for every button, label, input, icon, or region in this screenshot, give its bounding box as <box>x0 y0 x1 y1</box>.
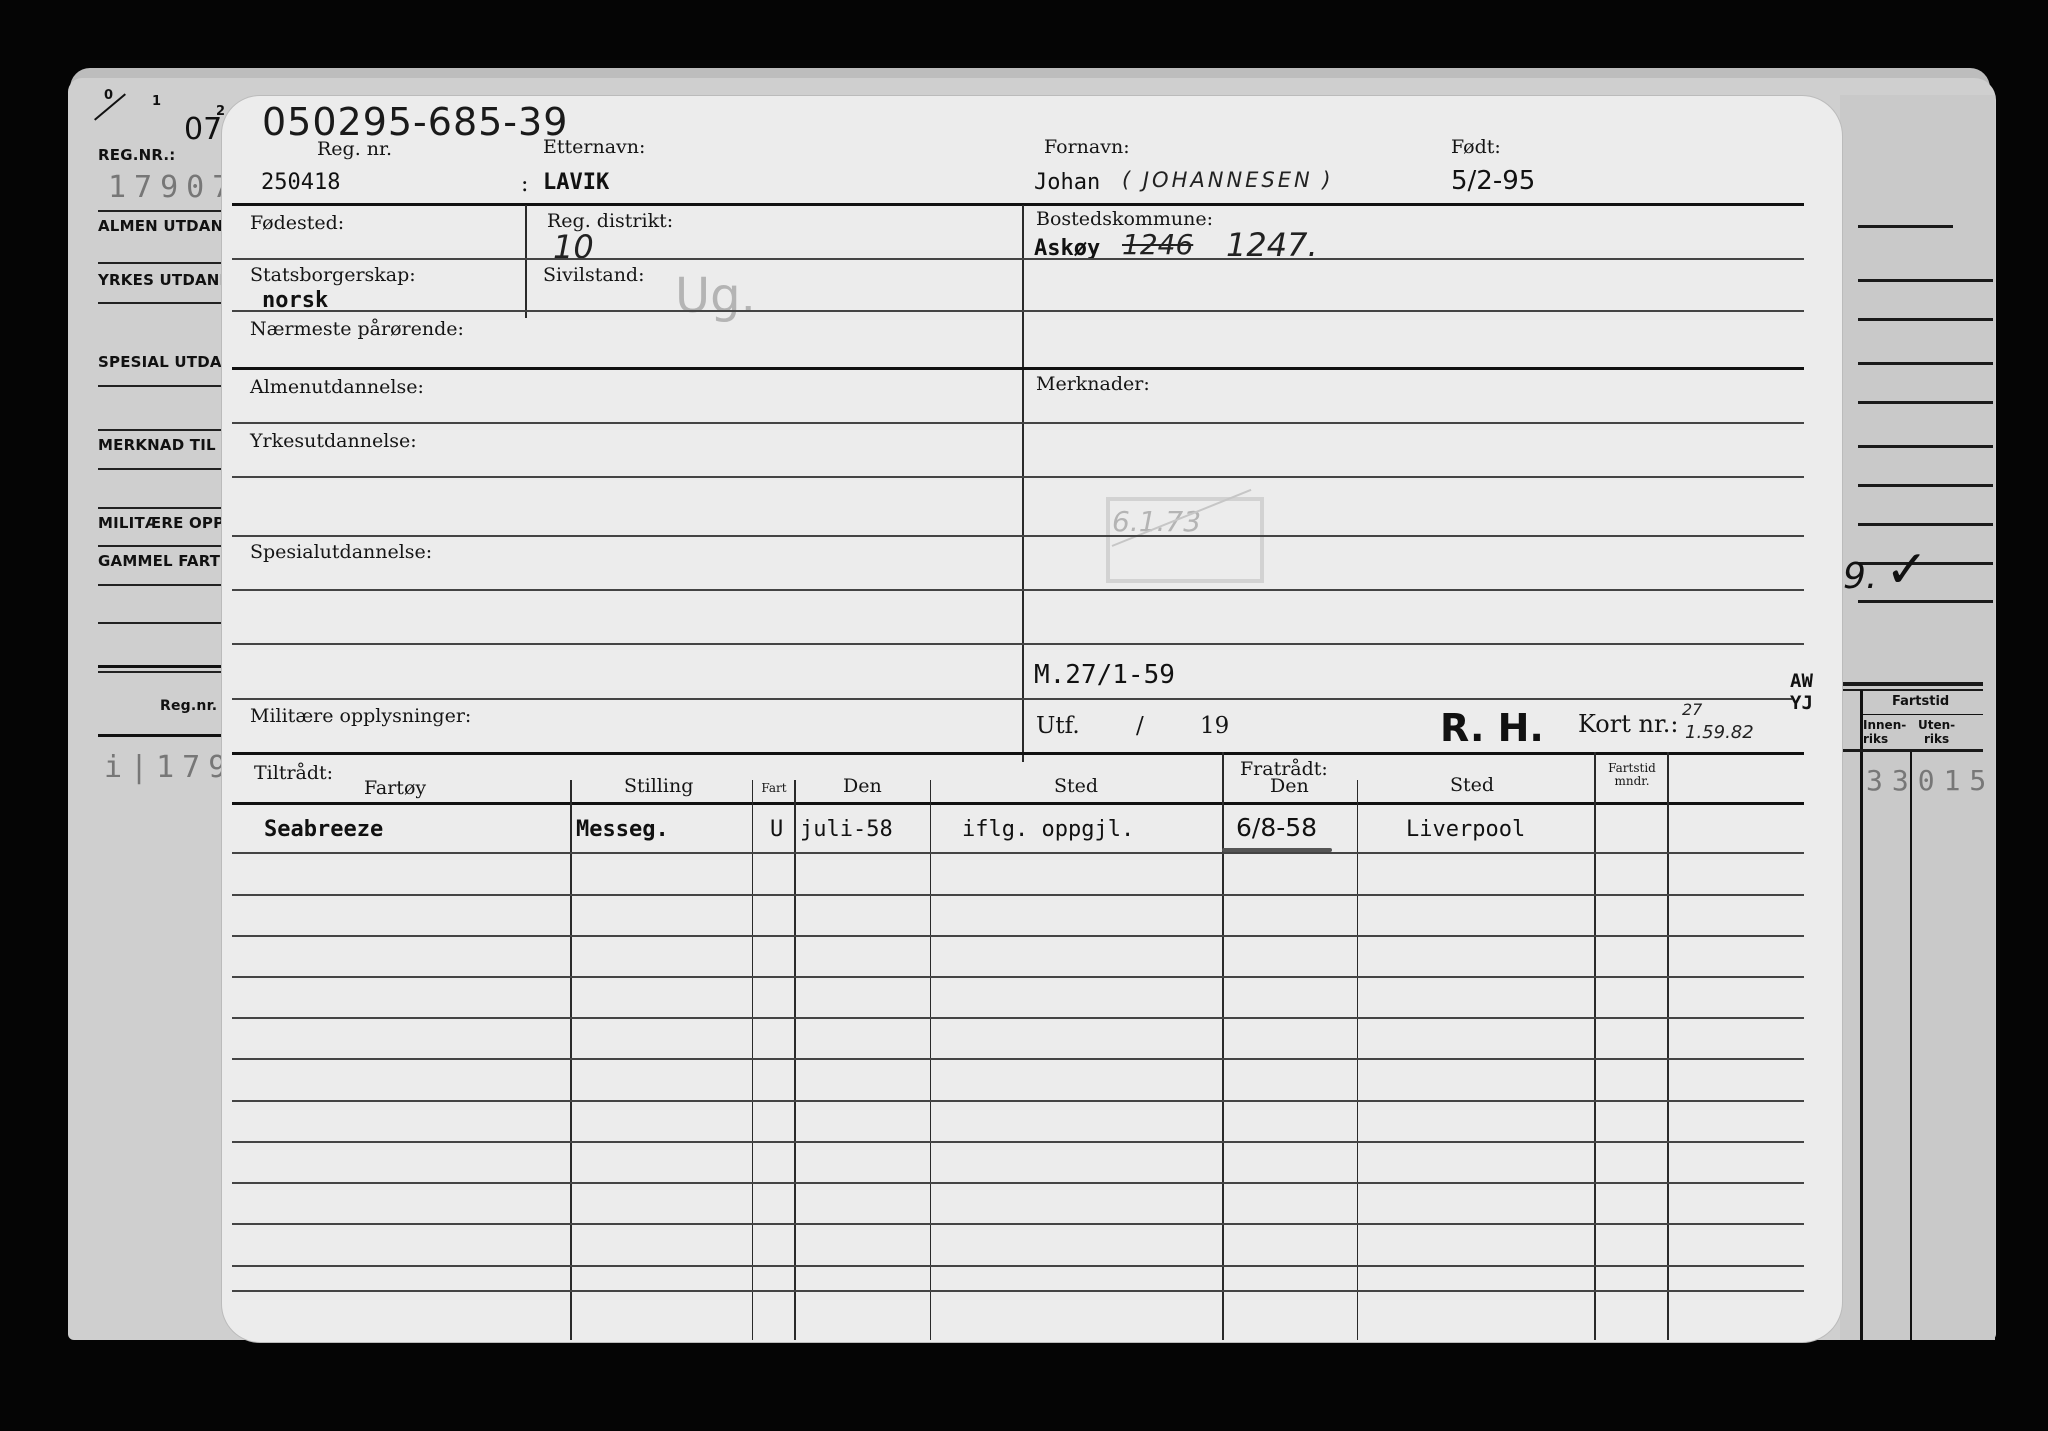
table-row-rule <box>232 1017 1804 1019</box>
table-col-divider <box>794 780 796 1340</box>
label-militaere-opplysninger: Militære opplysninger: <box>250 705 471 727</box>
back-label-gammel-farts: GAMMEL FARTS <box>98 552 231 570</box>
merknader-stamp-text: 6.1.73 <box>1112 505 1201 538</box>
table-col-divider <box>570 780 572 1340</box>
fartstid-col-utenriks: Uten- riks <box>1918 718 1955 746</box>
rule <box>232 310 1804 312</box>
th-fratradt-sted: Sted <box>1450 774 1494 796</box>
utf-slash: / <box>1136 713 1144 739</box>
back-rule <box>98 545 222 547</box>
check-mark-icon: ✓ <box>1885 540 1929 600</box>
back-stamped-reg-number-top: 17907 <box>108 170 238 205</box>
table-row: Seabreeze Messeg. U juli-58 iflg. oppgjl… <box>232 804 1804 848</box>
back-right-rule <box>1858 445 1993 448</box>
table-row-rule <box>232 852 1804 854</box>
value-etternavn: LAVIK <box>543 170 609 195</box>
value-fodt: 5/2-95 <box>1451 166 1535 196</box>
table-row-rule <box>232 1058 1804 1060</box>
back-right-handwriting: 9. <box>1843 556 1877 597</box>
back-right-rule <box>1858 318 1993 321</box>
value-fornavn: Johan <box>1034 170 1100 195</box>
th-tiltradt-den: Den <box>843 775 882 797</box>
label-fodested: Fødested: <box>250 212 344 234</box>
table-row-rule <box>232 1141 1804 1143</box>
back-rule <box>98 468 222 470</box>
corner-mark-0: 0 <box>104 88 113 103</box>
rule-header-bottom <box>232 203 1804 206</box>
table-col-divider <box>930 780 931 1340</box>
m-line: M.27/1-59 <box>1034 660 1175 690</box>
fartstid-header-rule <box>1843 749 1983 752</box>
back-right-rule <box>1858 600 1993 603</box>
vrule-regdistrikt <box>525 205 527 318</box>
back-right-rule <box>1858 279 1993 282</box>
back-right-rule <box>1858 401 1993 404</box>
rule-table-top <box>232 752 1804 755</box>
colon-mark: : <box>521 172 528 197</box>
label-kort-nr: Kort nr.: <box>1578 710 1679 738</box>
rule <box>232 476 1804 478</box>
bostedskommune-struck-code: 1246 <box>1122 228 1193 261</box>
label-sivilstand: Sivilstand: <box>543 264 645 286</box>
label-yrkesutdannelse: Yrkesutdannelse: <box>250 430 417 452</box>
back-label-spesial-utdan: SPESIAL UTDAN <box>98 353 234 371</box>
cell-stilling: Messeg. <box>576 817 669 842</box>
back-rule <box>98 507 222 509</box>
table-row-rule <box>232 1182 1804 1184</box>
th-fartstid-mndr: Fartstid mndr. <box>1598 762 1666 788</box>
th-fart: Fart <box>756 782 792 795</box>
code-yj: YJ <box>1790 692 1813 714</box>
back-label-reg-nr: REG.NR.: <box>98 146 176 164</box>
fartstid-vrule <box>1860 690 1863 1340</box>
back-right-rule <box>1858 484 1993 487</box>
back-right-rule <box>1858 225 1953 228</box>
table-row-rule <box>232 935 1804 937</box>
fartstid-stamped-value: 33015 <box>1866 764 1995 797</box>
label-spesialutdannelse: Spesialutdannelse: <box>250 541 432 563</box>
back-rule <box>98 584 222 586</box>
fartstid-sub-rule <box>1863 714 1983 715</box>
back-label-reg-nr-lower: Reg.nr. <box>160 698 217 714</box>
label-utf: Utf. <box>1036 713 1080 739</box>
back-rule <box>98 429 222 431</box>
cell-fart: U <box>770 817 783 842</box>
cell-tiltradt-den: juli-58 <box>800 817 893 842</box>
cell-fratradt-den: 6/8-58 <box>1236 813 1317 842</box>
label-merknader: Merknader: <box>1036 373 1150 395</box>
back-label-yrkes-utdan: YRKES UTDANI <box>98 271 225 289</box>
cell-tiltradt-sted: iflg. oppgjl. <box>962 817 1134 842</box>
th-tiltradt-sted: Sted <box>1054 775 1098 797</box>
rule <box>232 422 1804 424</box>
back-label-almen-utdan: ALMEN UTDAN <box>98 217 223 235</box>
handwritten-id: 050295-685-39 <box>262 100 568 144</box>
corner-mark-1: 1 <box>152 94 161 109</box>
fartstid-vrule <box>1910 752 1912 1340</box>
table-row-rule <box>232 894 1804 896</box>
vrule-middle <box>1022 205 1024 762</box>
rule <box>232 258 1804 260</box>
back-rule <box>98 734 222 737</box>
table-col-divider <box>1357 780 1358 1340</box>
value-sivilstand: Ug. <box>675 268 756 324</box>
code-aw: AW <box>1790 670 1813 692</box>
back-label-militaere-oppl: MILITÆRE OPPL <box>98 514 234 532</box>
th-fartoy: Fartøy <box>364 777 426 799</box>
th-stilling: Stilling <box>624 775 693 797</box>
fartstid-title: Fartstid <box>1892 694 1949 709</box>
back-rule <box>98 385 222 387</box>
kort-nr-value-bottom: 1.59.82 <box>1685 722 1754 743</box>
back-rule <box>98 622 222 624</box>
label-almenutdannelse: Almenutdannelse: <box>250 376 424 398</box>
table-row-rule <box>232 1290 1804 1292</box>
rule <box>232 589 1804 591</box>
th-fratradt-den: Den <box>1270 775 1309 797</box>
label-tiltradt: Tiltrådt: <box>254 762 333 784</box>
table-row-rule <box>232 976 1804 978</box>
table-row-rule <box>232 1100 1804 1102</box>
back-right-rule <box>1858 362 1993 365</box>
utf-year: 19 <box>1200 713 1229 739</box>
cell-fratradt-sted: Liverpool <box>1406 817 1525 842</box>
label-naermeste-parorende: Nærmeste pårørende: <box>250 318 464 340</box>
back-rule <box>98 210 222 212</box>
back-top-number-fragment: 07 <box>184 112 222 147</box>
rule <box>232 698 1792 700</box>
value-reg-nr: 250418 <box>261 170 340 195</box>
label-etternavn: Etternavn: <box>543 136 645 158</box>
label-fodt: Født: <box>1451 136 1501 158</box>
table-row-rule <box>232 1223 1804 1225</box>
back-label-merknad-til: MERKNAD TIL <box>98 436 216 454</box>
table-row-rule <box>232 1265 1804 1267</box>
back-right-rule <box>1858 523 1993 526</box>
label-statsborgerskap: Statsborgerskap: <box>250 264 416 286</box>
kort-nr-value-top: 27 <box>1682 700 1702 719</box>
table-col-divider <box>752 780 753 1340</box>
back-rule <box>98 262 222 264</box>
cell-fartoy: Seabreeze <box>264 817 383 842</box>
fartstid-top-rule <box>1843 682 1983 686</box>
back-rule-double <box>98 671 222 673</box>
label-reg-nr: Reg. nr. <box>317 138 392 160</box>
value-reg-distrikt: 10 <box>553 228 594 266</box>
back-rule-double <box>98 665 222 668</box>
fartstid-top-rule <box>1843 689 1983 691</box>
rule <box>232 535 1804 537</box>
label-bostedskommune: Bostedskommune: <box>1036 208 1213 230</box>
rule <box>232 367 1804 370</box>
initials-stamp: R. H. <box>1440 706 1544 750</box>
label-fornavn: Fornavn: <box>1044 136 1130 158</box>
fartstid-col-innenriks: Innen- riks <box>1863 718 1906 746</box>
rule <box>232 643 1804 645</box>
fornavn-annotation: ( JOHANNESEN ) <box>1122 168 1334 192</box>
back-rule <box>98 302 222 304</box>
